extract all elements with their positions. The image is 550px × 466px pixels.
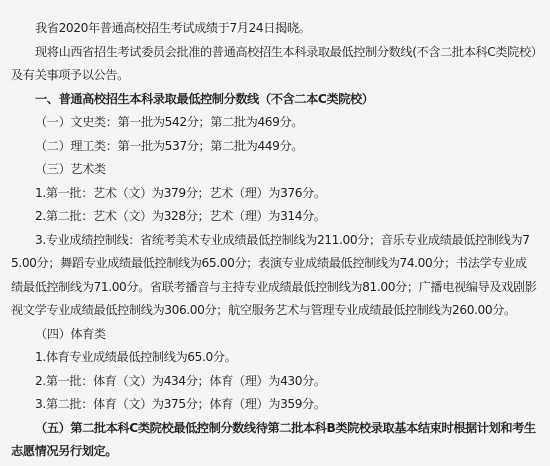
liberal-arts-line: （一）文史类：第一批为542分；第二批为469分。	[11, 111, 538, 135]
article-body: 我省2020年普通高校招生考试成绩于7月24日揭晓。 现将山西省招生考试委员会批…	[0, 0, 550, 464]
announcement-paragraph: 现将山西省招生考试委员会批准的普通高校招生本科录取最低控制分数线(不含二批本科C…	[11, 41, 538, 88]
arts-professional-lines: 3.专业成绩控制线：省统考美术专业成绩最低控制线为211.00分；音乐专业成绩最…	[11, 229, 538, 323]
arts-second-batch: 2.第二批：艺术（文）为328分；艺术（理）为314分。	[11, 205, 538, 229]
sports-heading: （四）体育类	[11, 323, 538, 347]
sports-professional-line: 1.体育专业成绩最低控制线为65.0分。	[11, 346, 538, 370]
sports-second-batch: 3.第二批：体育（文）为375分；体育（理）为359分。	[11, 393, 538, 417]
science-line: （二）理工类：第一批为537分；第二批为449分。	[11, 135, 538, 159]
section-heading-5: （五）第二批本科C类院校最低控制分数线待第二批本科B类院校录取基本结束时根据计划…	[11, 417, 538, 464]
intro-paragraph: 我省2020年普通高校招生考试成绩于7月24日揭晓。	[11, 17, 538, 41]
sports-first-batch: 2.第一批：体育（文）为434分；体育（理）为430分。	[11, 370, 538, 394]
arts-heading: （三）艺术类	[11, 158, 538, 182]
section-heading-1: 一、普通高校招生本科录取最低控制分数线（不含二本C类院校）	[11, 88, 538, 112]
arts-first-batch: 1.第一批：艺术（文）为379分；艺术（理）为376分。	[11, 182, 538, 206]
